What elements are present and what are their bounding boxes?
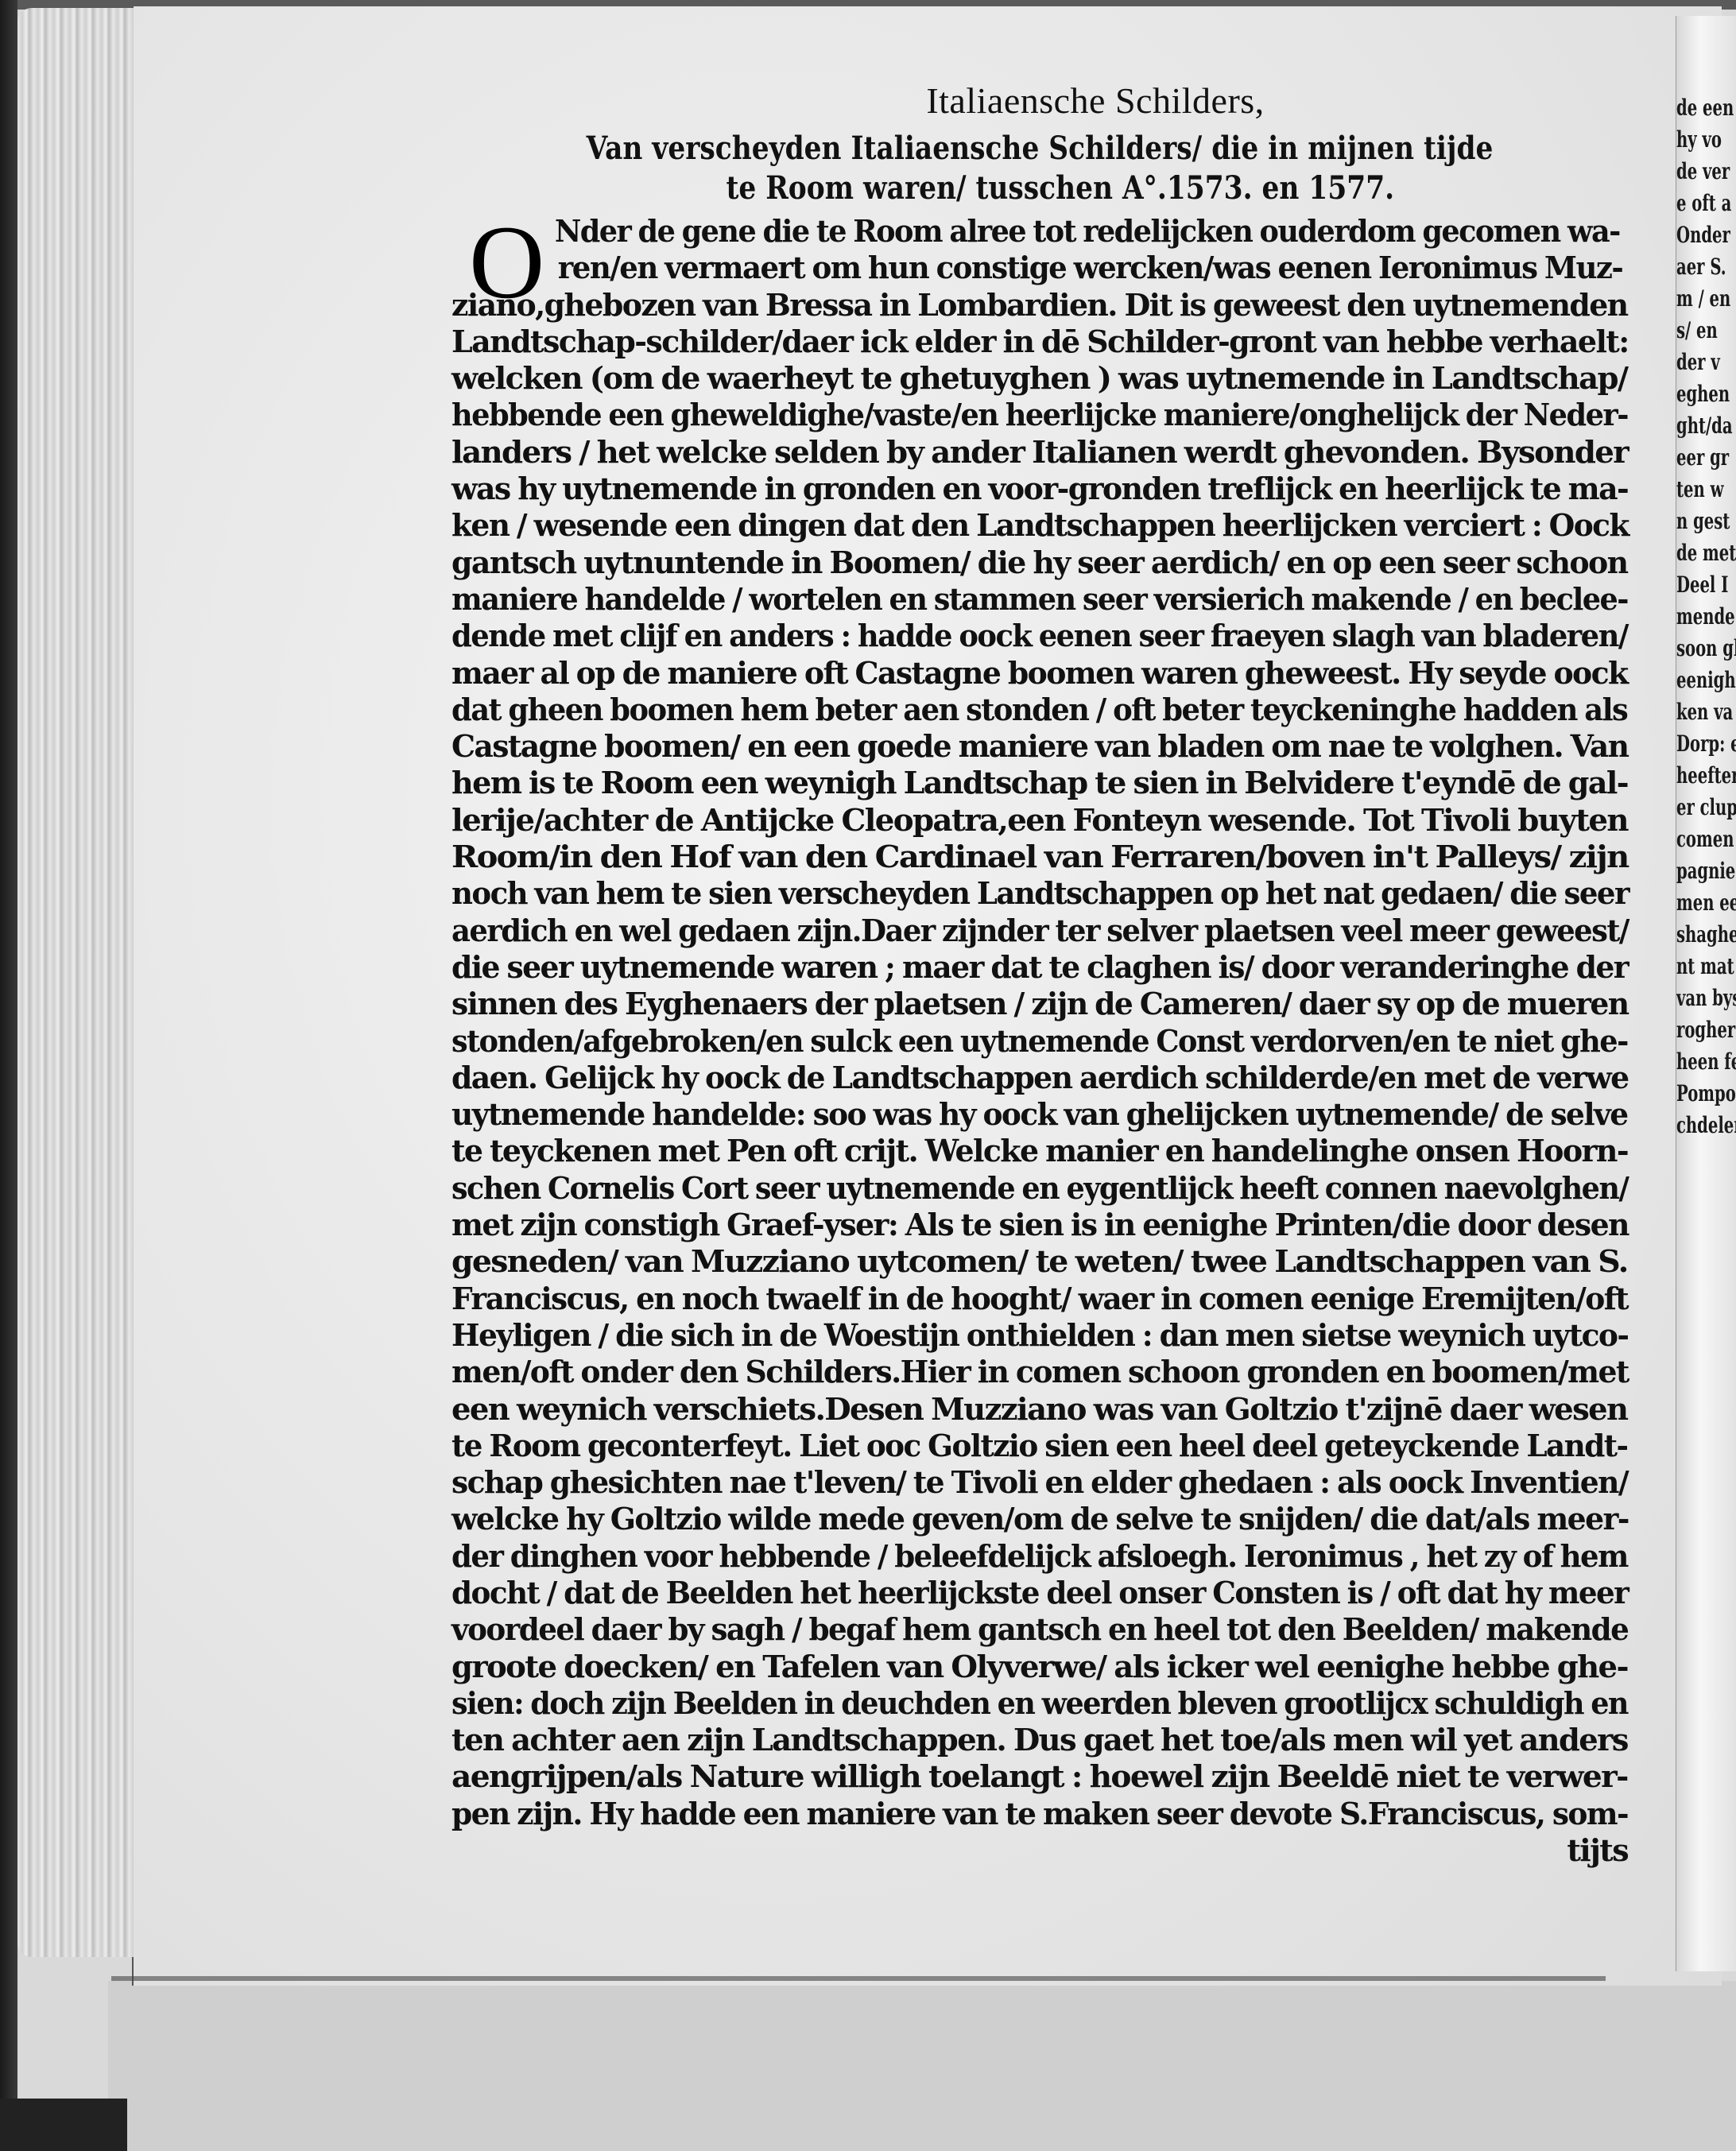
text-line: met zijn constigh Graef-yser: Als te sie… xyxy=(451,1207,1629,1243)
facing-page-line: mende xyxy=(1676,601,1719,633)
text-line: landers / het welcke selden by ander Ita… xyxy=(451,434,1628,471)
text-line: die seer uytnemende waren ; maer dat te … xyxy=(451,949,1628,986)
chapter-title: Van verscheyden Italiaensche Schilders/ … xyxy=(534,129,1546,208)
text-line: pen zijn. Hy hadde een maniere van te ma… xyxy=(451,1796,1628,1832)
text-line: groote doecken/ en Tafelen van Olyverwe/… xyxy=(451,1649,1628,1685)
text-line: schap ghesichten nae t'leven/ te Tivoli … xyxy=(451,1464,1628,1501)
body-lines: Nder de gene die te Room alree tot redel… xyxy=(451,213,1628,1832)
background-left xyxy=(0,0,17,2151)
text-line: men/oft onder den Schilders.Hier in come… xyxy=(451,1354,1629,1390)
text-line: hebbende een gheweldighe/vaste/en heerli… xyxy=(451,397,1628,433)
text-line: schen Cornelis Cort seer uytnemende en e… xyxy=(451,1170,1628,1207)
chapter-title-line-2: te Room waren/ tusschen A°.1573. en 1577… xyxy=(534,169,1546,208)
text-line: dende met clijf en anders : hadde oock e… xyxy=(451,618,1628,654)
facing-page-line: eer gr xyxy=(1676,442,1719,474)
facing-page-line: ght/da xyxy=(1676,410,1719,442)
text-line: gesneden/ van Muzziano uytcomen/ te wete… xyxy=(451,1243,1627,1280)
text-line: welcken (om de waerheyt te ghetuyghen ) … xyxy=(451,360,1627,397)
text-line: Heyligen / die sich in de Woestijn onthi… xyxy=(451,1317,1628,1354)
facing-page-line: Onder xyxy=(1676,219,1719,251)
facing-page-line: soon gh xyxy=(1676,633,1719,665)
facing-page-line: de een xyxy=(1676,92,1719,124)
facing-page-line: shaghen als xyxy=(1676,919,1719,951)
text-line: Room/in den Hof van den Cardinael van Fe… xyxy=(451,839,1628,875)
facing-page-line: s/ en xyxy=(1676,315,1719,347)
facing-page-line: Dorp: e xyxy=(1676,728,1719,760)
text-line: maniere handelde / wortelen en stammen s… xyxy=(451,581,1628,618)
facing-page-line: pagnie te xyxy=(1676,855,1719,887)
text-line: docht / dat de Beelden het heerlijckste … xyxy=(451,1575,1628,1611)
background-below-page xyxy=(108,1981,1736,2151)
text-line: dat gheen boomen hem beter aen stonden /… xyxy=(451,692,1627,728)
facing-page-fragments: de eenhy vode vere oft aOnderaer S.m / e… xyxy=(1676,92,1736,1141)
facing-page-line: aer S. xyxy=(1676,251,1719,283)
text-line: Franciscus, en noch twaelf in de hooght/… xyxy=(451,1281,1628,1317)
page-bottom-edge xyxy=(111,1976,1606,1981)
text-line: te teyckenen met Pen oft crijt. Welcke m… xyxy=(451,1133,1628,1169)
facing-page-line: eenigh xyxy=(1676,665,1719,696)
facing-page-line: er cluppen xyxy=(1676,792,1719,824)
text-line: welcke hy Goltzio wilde mede geven/om de… xyxy=(451,1501,1629,1537)
text-line: sien: doch zijn Beelden in deuchden en w… xyxy=(451,1685,1628,1722)
text-line: een weynich verschiets.Desen Muzziano wa… xyxy=(451,1391,1627,1428)
catchword: tijts xyxy=(451,1832,1628,1869)
facing-page-line: nt mat / m xyxy=(1676,951,1719,982)
text-line: was hy uytnemende in gronden en voor-gro… xyxy=(451,471,1628,507)
text-block: Italiaensche Schilders, Van verscheyden … xyxy=(451,79,1628,1869)
text-line: maer al op de maniere oft Castagne boome… xyxy=(451,655,1628,692)
text-line: gantsch uytnuntende in Boomen/ die hy se… xyxy=(451,545,1628,581)
text-line: voordeel daer by sagh / begaf hem gantsc… xyxy=(451,1611,1628,1648)
page-stack-edge xyxy=(17,8,134,1957)
text-line: noch van hem te sien verscheyden Landtsc… xyxy=(451,875,1629,912)
text-line: lerije/achter de Antijcke Cleopatra,een … xyxy=(451,802,1628,839)
text-line: hem is te Room een weynigh Landtschap te… xyxy=(451,765,1628,801)
facing-page-line: rogheraghe xyxy=(1676,1014,1719,1046)
facing-page-line: hy vo xyxy=(1676,124,1719,156)
facing-page-line: der v xyxy=(1676,347,1719,378)
facing-page-line: ken va xyxy=(1676,696,1719,728)
text-line: te Room geconterfeyt. Liet ooc Goltzio s… xyxy=(451,1428,1627,1464)
text-line: sinnen des Eyghenaers der plaetsen / zij… xyxy=(451,986,1629,1022)
body-text: O Nder de gene die te Room alree tot red… xyxy=(451,213,1628,1869)
facing-page-line: heefter up xyxy=(1676,760,1719,792)
facing-page-line: m / en xyxy=(1676,283,1719,315)
running-head: Italiaensche Schilders, xyxy=(563,79,1628,126)
facing-page-line: heen feerm xyxy=(1676,1046,1719,1078)
text-line: stonden/afgebroken/en sulck een uytnemen… xyxy=(451,1023,1627,1060)
text-line: der dinghen voor hebbende / beleefdelijc… xyxy=(451,1538,1628,1575)
text-line: uytnemende handelde: soo was hy oock van… xyxy=(451,1096,1628,1133)
chapter-title-line-1: Van verscheyden Italiaensche Schilders/ … xyxy=(534,129,1546,169)
facing-page-line: comen in xyxy=(1676,824,1719,855)
text-line: ken / wesende een dingen dat den Landtsc… xyxy=(451,507,1629,544)
text-line: ren/en vermaert om hun constige wercken/… xyxy=(449,250,1622,286)
facing-page-line: ten w xyxy=(1676,474,1719,506)
text-line: ten achter aen zijn Landtschappen. Dus g… xyxy=(451,1722,1628,1758)
facing-page-line: de ver xyxy=(1676,156,1719,188)
text-line: ziano,ghebozen van Bressa in Lombardien.… xyxy=(451,287,1628,324)
facing-page-line: e oft a xyxy=(1676,188,1719,219)
text-line: aerdich en wel gedaen zijn.Daer zijnder … xyxy=(451,913,1628,949)
text-line: Landtschap-schilder/daer ick elder in dē… xyxy=(451,324,1629,360)
facing-page-line: de met xyxy=(1676,537,1719,569)
facing-page-line: Pompons, leva xyxy=(1676,1078,1719,1110)
facing-page-strip: de eenhy vode vere oft aOnderaer S.m / e… xyxy=(1676,16,1736,1971)
facing-page-line: eghen xyxy=(1676,378,1719,410)
text-line: Nder de gene die te Room alree tot redel… xyxy=(448,213,1619,250)
facing-page-line: chdelen Pr xyxy=(1676,1110,1719,1141)
background-bottom-left xyxy=(0,2099,127,2151)
facing-page-line: men een Ta xyxy=(1676,887,1719,919)
facing-page-line: n gest xyxy=(1676,506,1719,537)
text-line: daen. Gelijck hy oock de Landtschappen a… xyxy=(451,1060,1629,1096)
facing-page-line: Deel I xyxy=(1676,569,1719,601)
text-line: aengrijpen/als Nature willigh toelangt :… xyxy=(451,1758,1628,1795)
text-line: Castagne boomen/ en een goede maniere va… xyxy=(451,728,1628,765)
facing-page-line: van bysou xyxy=(1676,982,1719,1014)
